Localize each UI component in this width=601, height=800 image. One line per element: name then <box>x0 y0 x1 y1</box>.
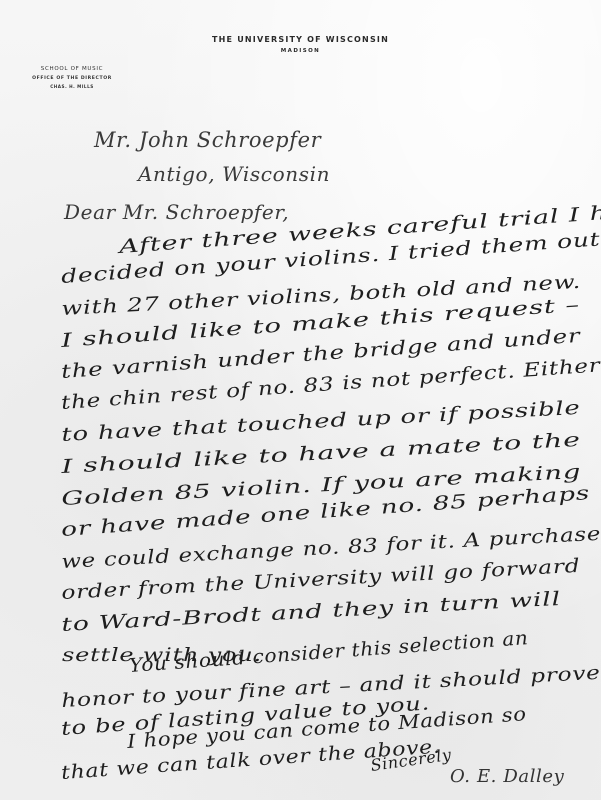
letterhead-department: SCHOOL OF MUSIC <box>24 66 120 72</box>
letterhead-city: MADISON <box>0 48 601 54</box>
letterhead-office: OFFICE OF THE DIRECTOR <box>24 76 120 81</box>
recipient-name: Mr. John Schroepfer <box>94 128 321 152</box>
recipient-location: Antigo, Wisconsin <box>138 162 330 186</box>
signature: O. E. Dalley <box>450 766 564 787</box>
letterhead-institution: THE UNIVERSITY OF WISCONSIN <box>0 35 601 44</box>
salutation: Dear Mr. Schroepfer, <box>64 200 289 224</box>
letterhead-director: CHAS. H. MILLS <box>24 84 120 89</box>
